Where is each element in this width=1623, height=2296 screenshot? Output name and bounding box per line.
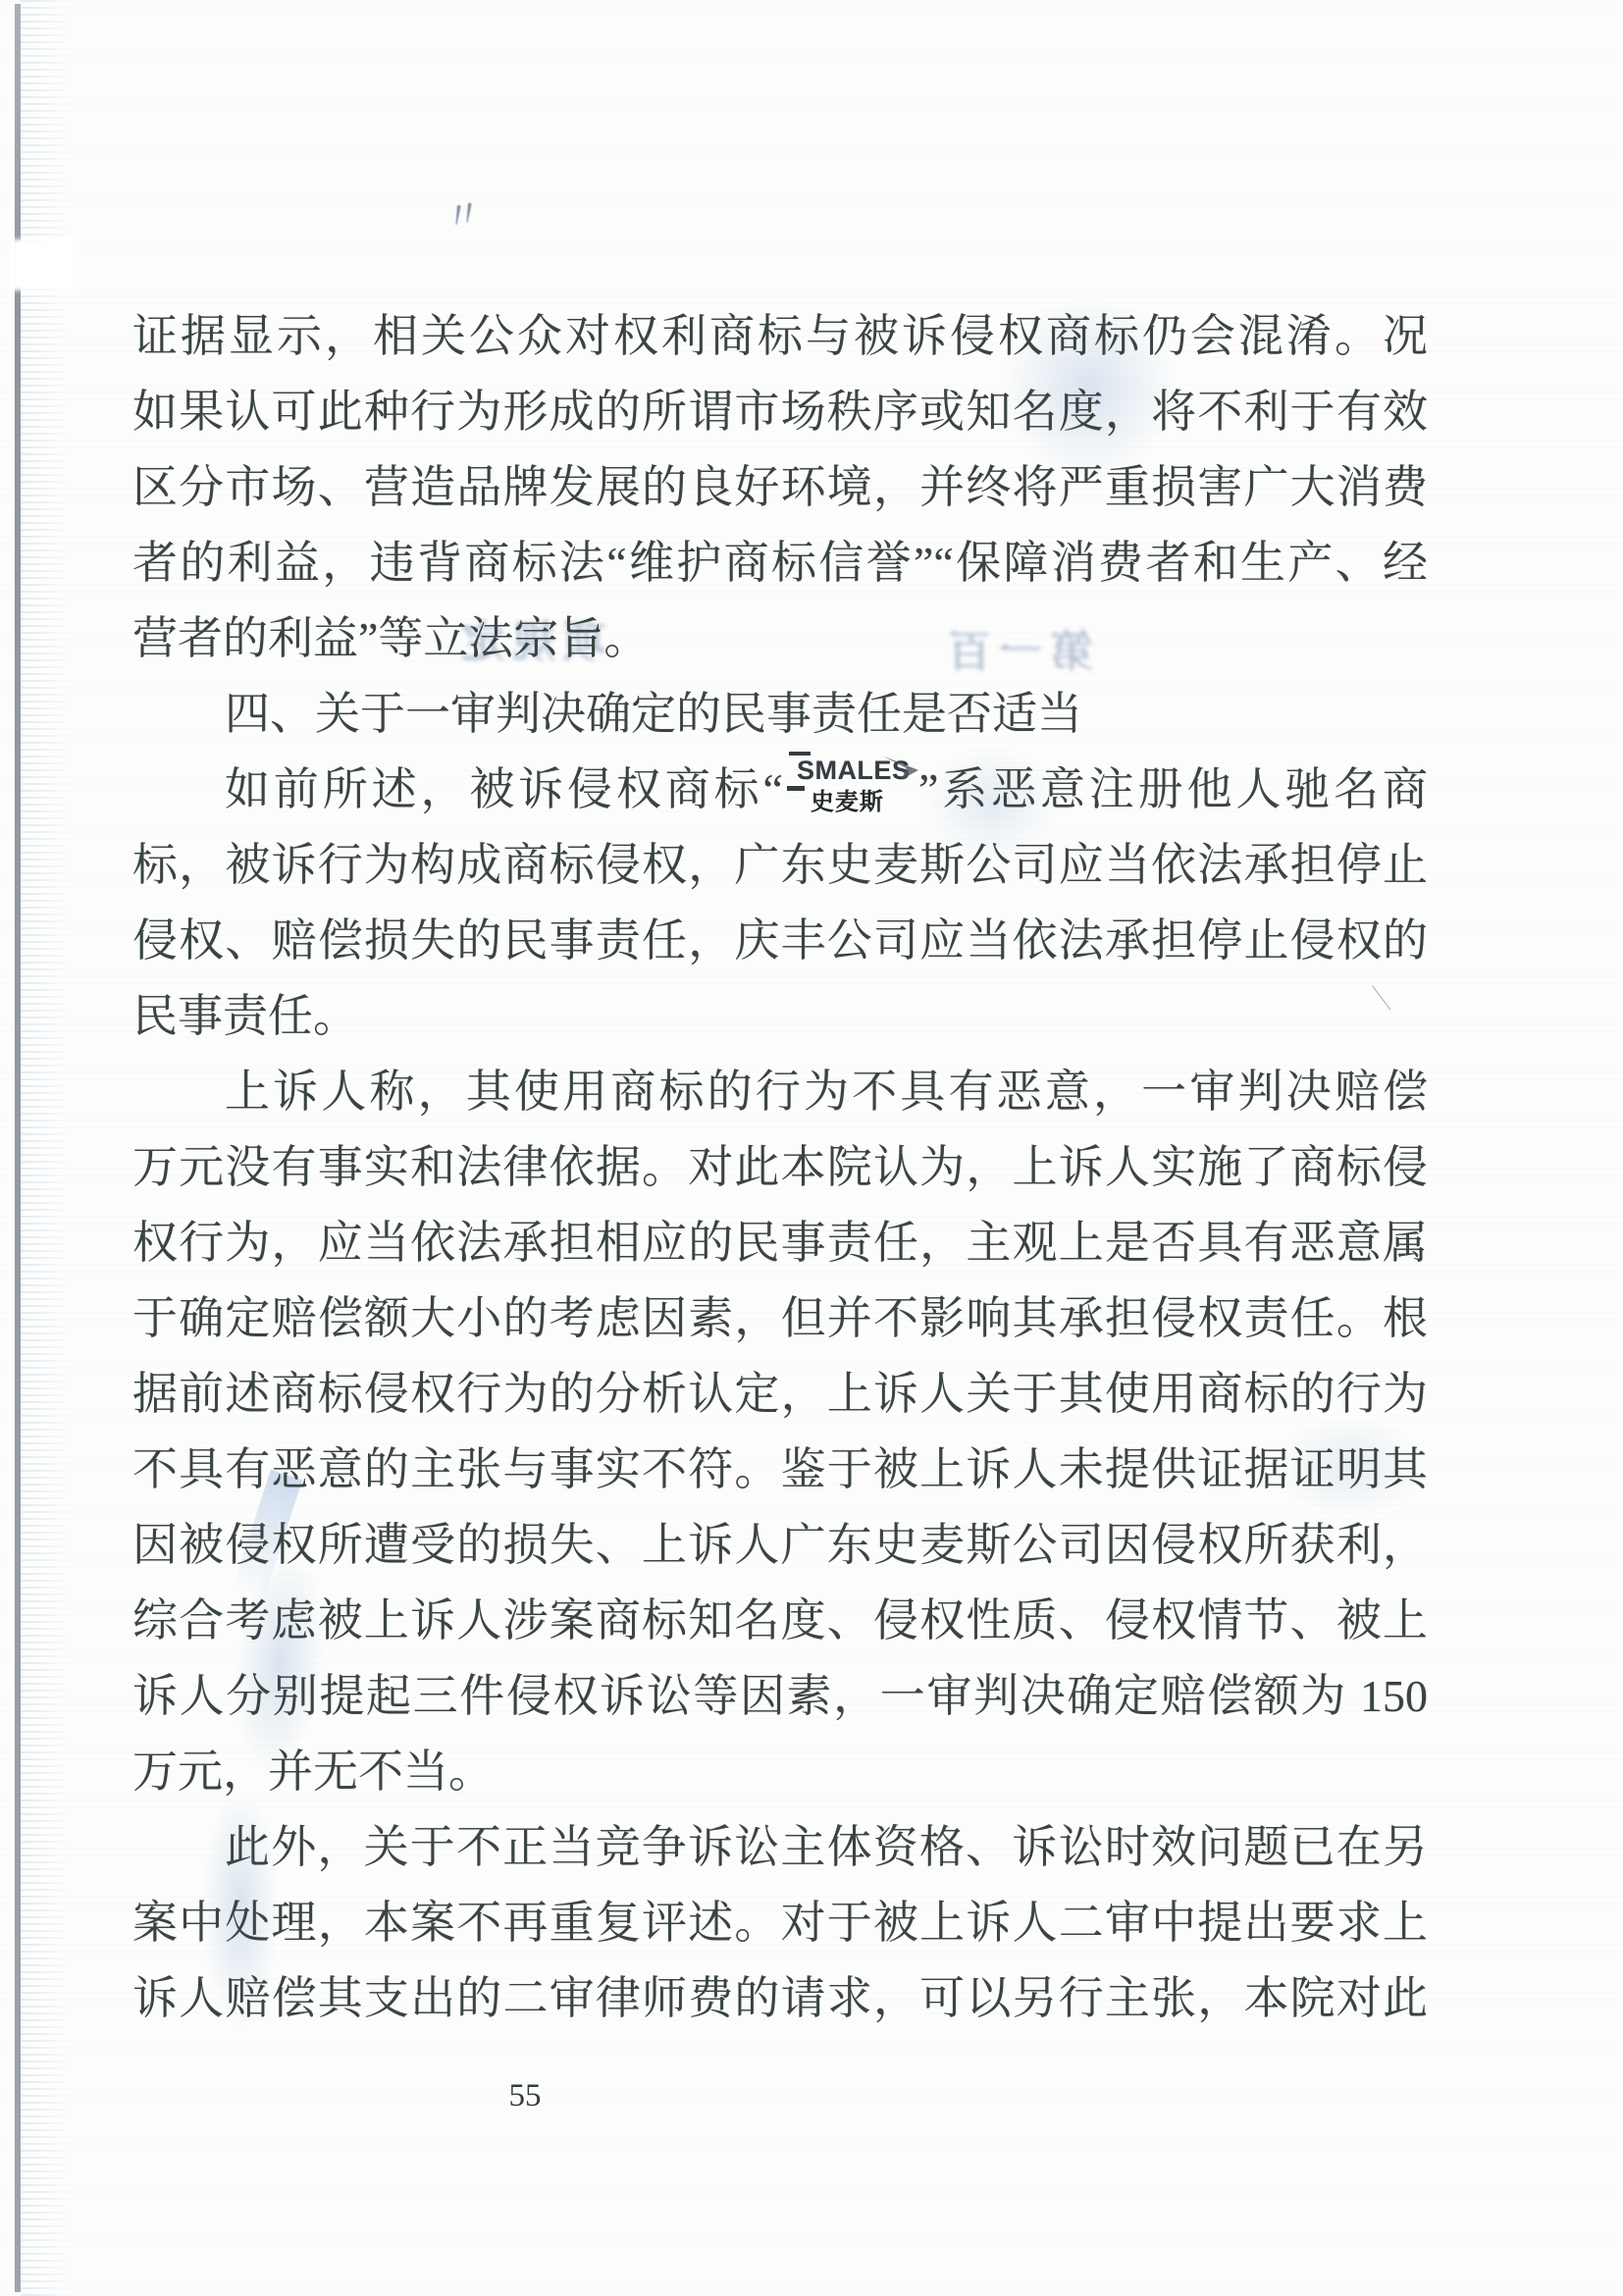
text-line: 权行为，应当依法承担相应的民事责任，主观上是否具有恶意属: [132, 1205, 1428, 1280]
text-line: 因被侵权所遭受的损失、上诉人广东史麦斯公司因侵权所获利，: [132, 1507, 1428, 1583]
text-line: 综合考虑被上诉人涉案商标知名度、侵权性质、侵权情节、被上: [132, 1583, 1428, 1658]
text-line: 侵权、赔偿损失的民事责任，庆丰公司应当依法承担停止侵权的: [132, 903, 1428, 978]
scanner-edge-line: [15, 4, 21, 2292]
line-text: 如前所述，被诉侵权商标“: [225, 764, 783, 814]
text-line: 于确定赔偿额大小的考虑因素，但并不影响其承担侵权责任。根: [132, 1280, 1428, 1356]
scanner-edge-streaks: [21, 0, 68, 2296]
line-text: ”系恶意注册他人驰名商: [918, 764, 1428, 814]
text-line: 上诉人称，其使用商标的行为不具有恶意，一审判决赔偿 150: [132, 1054, 1428, 1129]
text-line: 诉人分别提起三件侵权诉讼等因素，一审判决确定赔偿额为 150: [132, 1658, 1428, 1734]
text-line: 如果认可此种行为形成的所谓市场秩序或知名度，将不利于有效: [132, 374, 1428, 449]
trademark-cjk: 史麦斯: [811, 782, 884, 816]
trademark-logo: SMALES史麦斯: [787, 756, 915, 816]
scanned-page: { "document": { "ink_color": "#3a4441", …: [0, 0, 1623, 2296]
text-line: 营者的利益”等立法宗旨。: [132, 600, 1428, 676]
text-line: 区分市场、营造品牌发展的良好环境，并终将严重损害广大消费: [132, 449, 1428, 525]
text-line: 证据显示，相关公众对权利商标与被诉侵权商标仍会混淆。况且，: [132, 298, 1428, 374]
text-line: 诉人赔偿其支出的二审律师费的请求，可以另行主张，本院对此: [132, 1960, 1428, 2036]
text-line: 标，被诉行为构成商标侵权，广东史麦斯公司应当依法承担停止: [132, 827, 1428, 903]
scanner-edge-gap: [12, 239, 73, 290]
logo-bar: [787, 786, 805, 791]
text-line: 据前述商标侵权行为的分析认定，上诉人关于其使用商标的行为: [132, 1356, 1428, 1432]
body-text: 证据显示，相关公众对权利商标与被诉侵权商标仍会混淆。况且，如果认可此种行为形成的…: [132, 298, 1428, 2036]
text-line: 万元没有事实和法律依据。对此本院认为，上诉人实施了商标侵: [132, 1129, 1428, 1205]
text-line: 不具有恶意的主张与事实不符。鉴于被上诉人未提供证据证明其: [132, 1432, 1428, 1507]
text-line: 如前所述，被诉侵权商标“SMALES史麦斯”系恶意注册他人驰名商: [132, 752, 1428, 827]
text-line: 万元，并无不当。: [132, 1734, 1428, 1809]
pen-mark: 〃: [439, 181, 489, 243]
page-number: 55: [491, 2078, 559, 2114]
text-line: 案中处理，本案不再重复评述。对于被上诉人二审中提出要求上: [132, 1885, 1428, 1960]
text-line: 者的利益，违背商标法“维护商标信誉”“保障消费者和生产、经: [132, 525, 1428, 600]
text-line: 民事责任。: [132, 978, 1428, 1054]
text-line: 此外，关于不正当竞争诉讼主体资格、诉讼时效问题已在另: [132, 1809, 1428, 1885]
text-line: 四、关于一审判决确定的民事责任是否适当: [132, 676, 1428, 752]
